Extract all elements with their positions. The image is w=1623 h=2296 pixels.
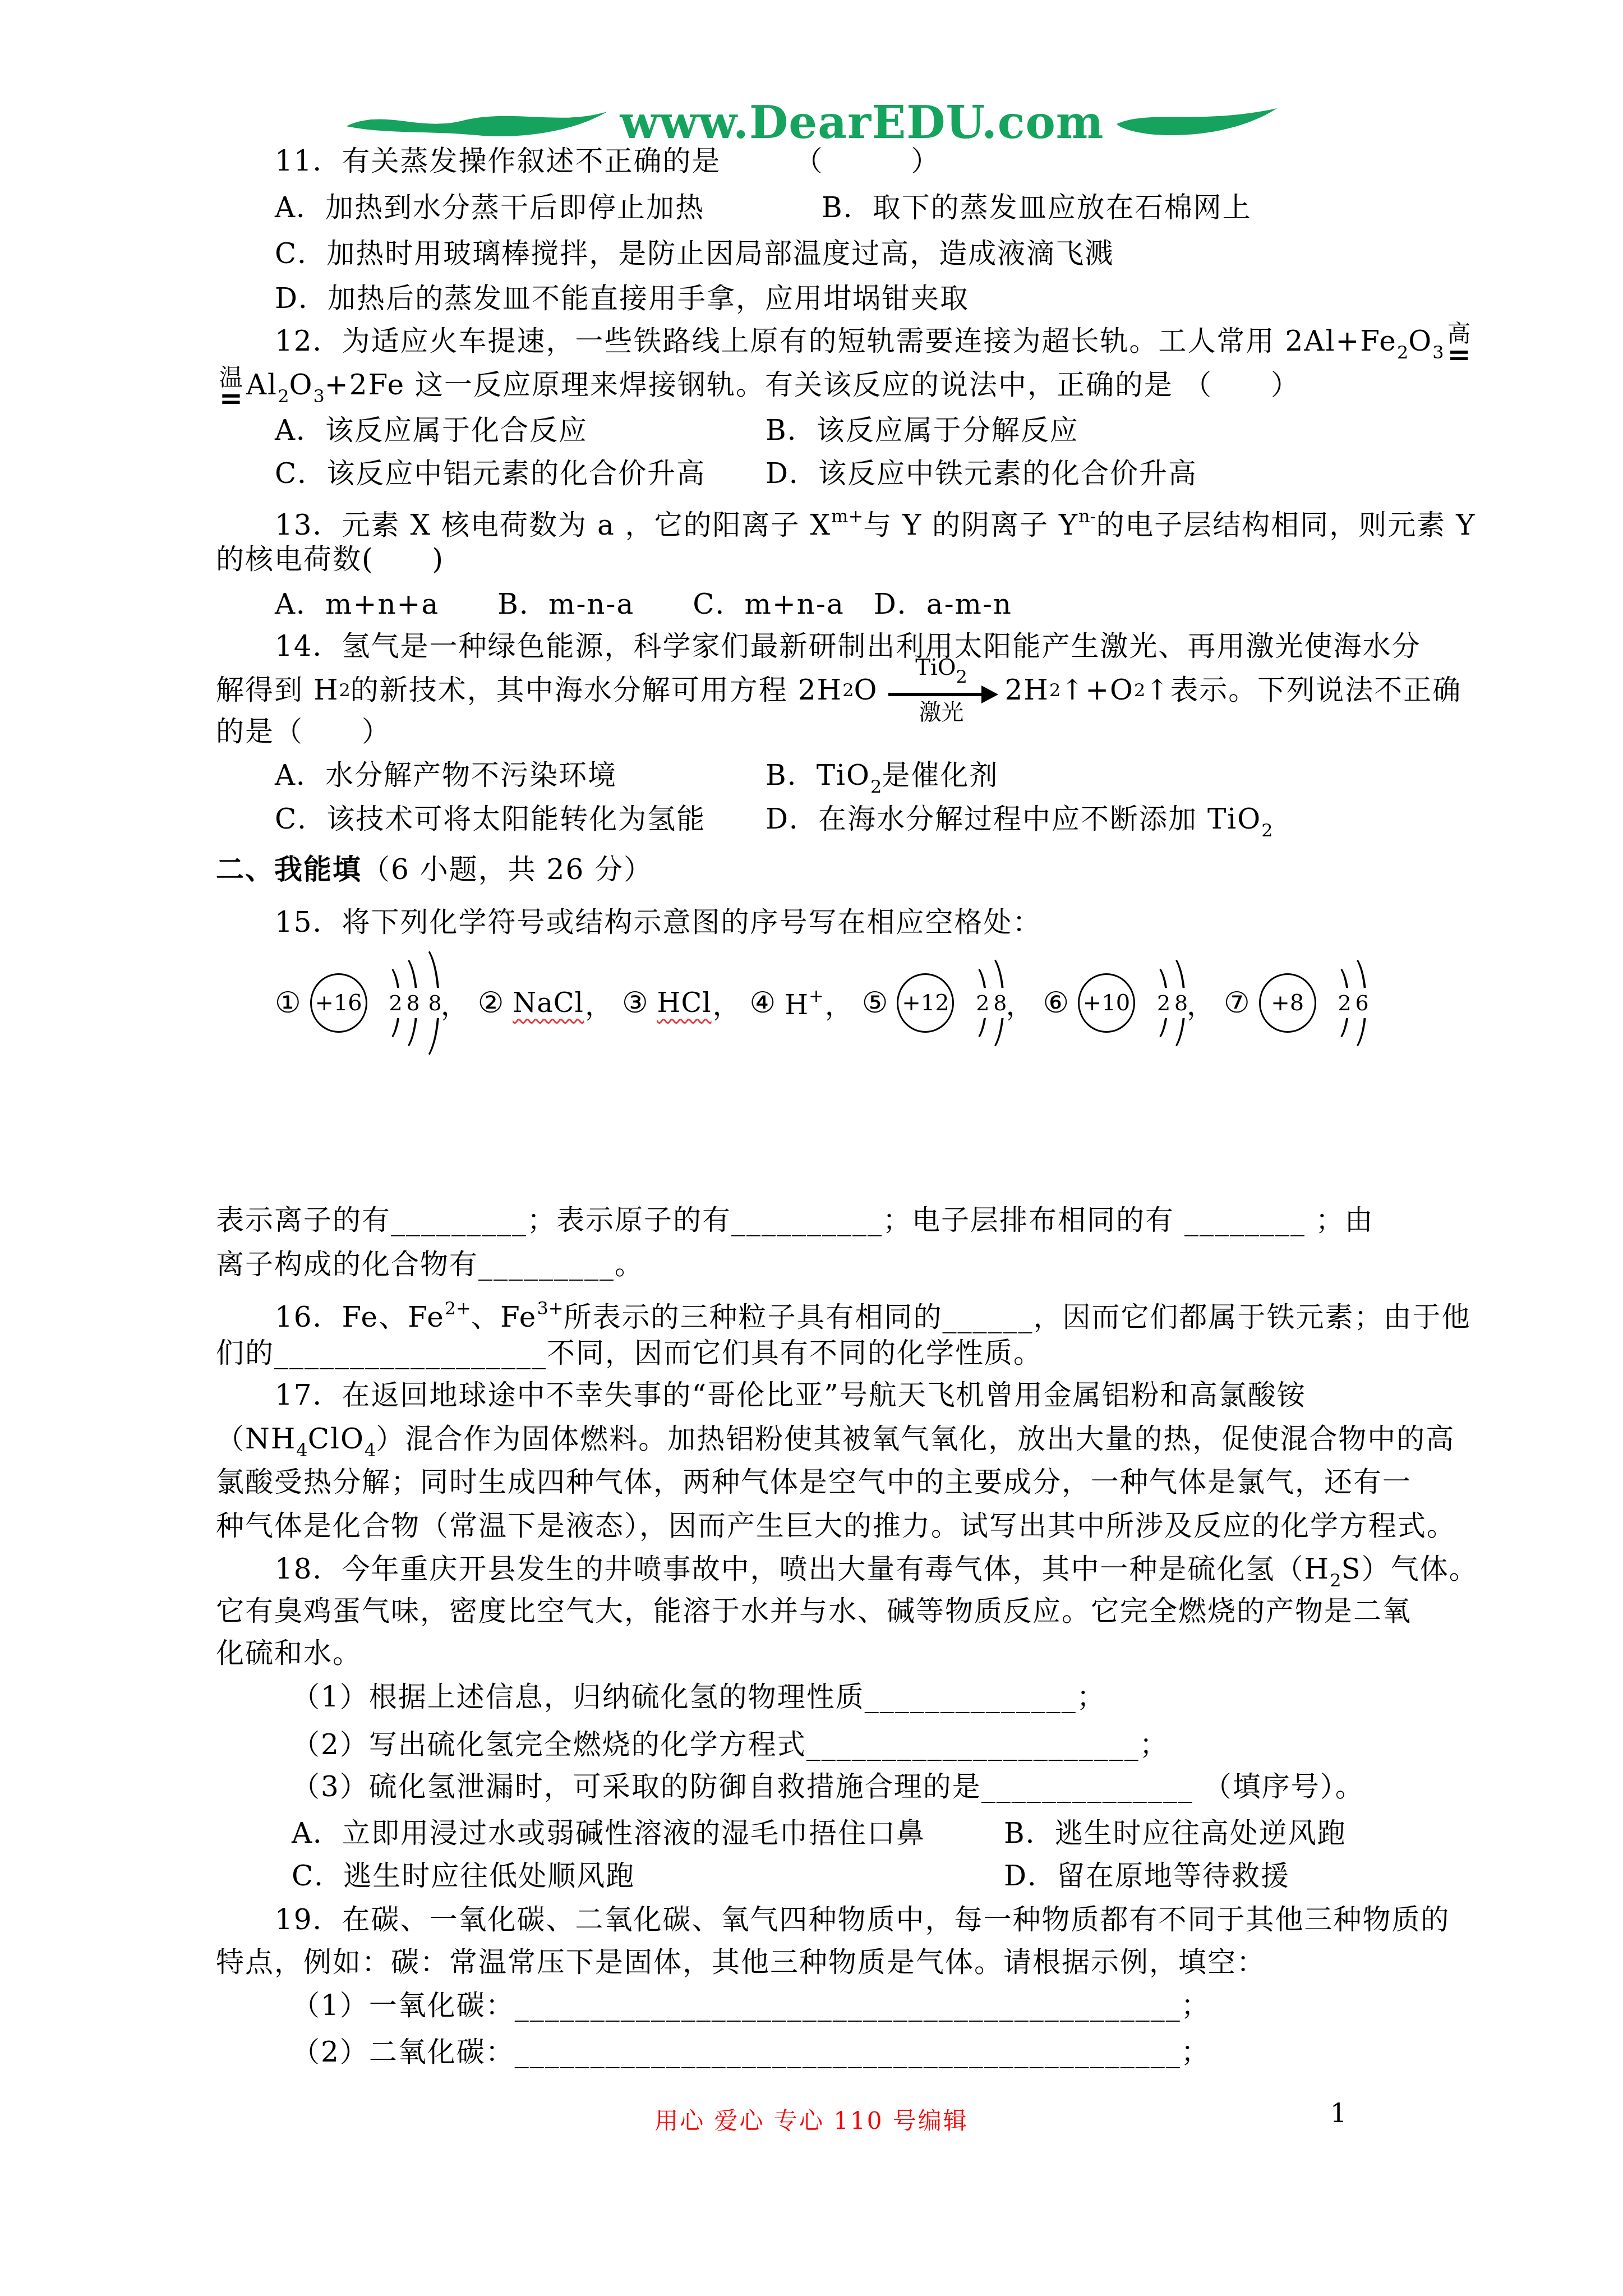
question-14-option-a: A．水分解产物不污染环境 [275,757,766,793]
question-14-text: O [854,672,878,708]
question-18-option-b: B．逃生时应往高处逆风跑 [1004,1817,1347,1849]
question-11-option-b: B．取下的蒸发皿应放在石棉网上 [822,191,1252,224]
question-19-sub-2: （2）二氧化碳：________________________________… [216,2034,1210,2070]
electron-count: 6 [1354,988,1370,1018]
question-17-text: ClO [308,1423,365,1455]
superscript: + [809,985,824,1006]
question-12-options-ab: A．该反应属于化合反应B．该反应属于分解反应 [216,412,1079,448]
chemical-formula: HCl [657,987,712,1019]
question-11-option-c: C．加热时用玻璃棒搅拌，是防止因局部温度过高，造成液滴飞溅 [216,236,1114,272]
section-2-header: 二、我能填（6 小题，共 26 分） [216,852,653,887]
condition-label: 激光 [919,700,964,725]
subscript: 4 [365,1439,376,1461]
subscript: 3 [313,385,324,407]
question-14-text: 解得到 H [216,672,339,708]
question-14-options-cd: C．该技术可将太阳能转化为氢能D．在海水分解过程中应不断添加 TiO2 [216,801,1273,848]
electron-count: 8 [405,988,421,1018]
question-18-sub-3: （3）硫化氢泄漏时，可采取的防御自救措施合理的是______________ （… [216,1769,1364,1805]
subscript: 2 [842,672,854,708]
question-18-text: 18．今年重庆开县发生的井喷事故中，喷出大量有毒气体，其中一种是硫化氢（H [275,1553,1330,1585]
circled-number: ⑦ [1224,986,1250,1020]
logo-text: www.DearEDU.com [620,100,1104,145]
page-number: 1 [1330,2098,1347,2128]
separator: ， [713,983,741,1023]
separator: ， [1006,983,1034,1023]
electron-count: 8 [427,988,442,1018]
separator: ， [1187,983,1215,1023]
question-12-line-1: 12．为适应火车提速，一些铁路线上原有的短轨需要连接为超长轨。工人常用 2Al+… [216,321,1474,370]
question-13-text: 与 Y 的阴离子 Y [863,509,1078,541]
question-12-option-c: C．该反应中铝元素的化合价升高 [275,455,766,491]
subscript: 2 [339,672,351,708]
subscript: 4 [296,1439,307,1461]
question-15-diagrams: ① +16 2 8 8 ， ② NaCl ， ③ HCl ， ④ H+ ， ⑤ [275,944,1377,1062]
section-2-title: 二、我能填 [216,853,362,886]
option-text: D．在海水分解过程中应不断添加 TiO [766,803,1261,835]
question-11-option-a: A．加热到水分蒸干后即停止加热 [275,190,822,226]
reaction-arrow-group: TiO2 激光 [888,655,995,725]
question-15-blanks-line-2: 离子构成的化合物有_________。 [216,1246,644,1282]
circled-number: ① [275,986,301,1020]
question-12-line-2: 温=Al2O3+2Fe 这一反应原理来焊接钢轨。有关该反应的说法中，正确的是 （… [216,365,1300,414]
catalyst-text: TiO [915,655,956,680]
question-17-line-3: 氯酸受热分解；同时生成四种气体，两种气体是空气中的主要成分，一种气体是氯气，还有… [216,1464,1412,1500]
atom-diagram-5: ⑤ +12 2 8 ， [862,944,1040,1062]
circled-number: ⑥ [1043,986,1069,1020]
question-14-line-3: 的是（ ） [216,714,391,749]
question-18-option-c: C．逃生时应往低处顺风跑 [292,1858,1004,1894]
nucleus-charge: +16 [310,973,367,1033]
superscript: 3+ [537,1297,563,1319]
question-17-text: （NH [216,1423,296,1455]
question-18-line-1: 18．今年重庆开县发生的井喷事故中，喷出大量有毒气体，其中一种是硫化氢（H2S）… [216,1551,1478,1598]
nucleus-charge: +8 [1259,973,1316,1033]
reaction-arrow-icon [888,693,995,696]
equals-bar: = [219,390,243,406]
atom-diagram-1: ① +16 2 8 8 ， [275,944,474,1062]
question-18-text: S）气体。 [1341,1553,1478,1585]
catalyst-label: TiO2 [915,655,967,689]
question-14-option-d: D．在海水分解过程中应不断添加 TiO2 [766,803,1273,835]
chemical-formula: NaCl [513,987,584,1019]
formula-item-3: ③ HCl ， [622,983,746,1023]
question-17-line-2: （NH4ClO4）混合作为固体燃料。加热铝粉使其被氧气氧化，放出大量的热，促使混… [216,1421,1455,1468]
question-17-line-4: 种气体是化合物（常温下是液态），因而产生巨大的推力。试写出其中所涉及反应的化学方… [216,1508,1456,1544]
superscript: 2+ [445,1297,471,1319]
circled-number: ③ [622,986,648,1020]
bohr-model-oxygen: +8 2 6 [1259,944,1367,1062]
electron-count: 2 [1337,988,1353,1018]
question-14-equation-line: 解得到 H2 的新技术，其中海水分解可用方程 2H2O TiO2 激光 2H2↑… [216,654,1461,726]
site-logo: www.DearEDU.com [0,100,1623,145]
subscript: 2 [956,666,967,687]
bohr-model-neon: +10 2 8 [1078,944,1186,1062]
question-14-option-b: B．TiO2是催化剂 [766,759,998,792]
question-13-line-1: 13．元素 X 核电荷数为 a ，它的阳离子 Xm+与 Y 的阴离子 Yn-的电… [216,498,1476,543]
superscript: n- [1078,505,1096,527]
question-12-text: 12．为适应火车提速，一些铁路线上原有的短轨需要连接为超长轨。工人常用 2Al+… [275,325,1397,357]
question-14-text: ↑表示。下列说法不正确 [1145,672,1461,708]
question-12-option-b: B．该反应属于分解反应 [766,414,1079,447]
question-12-text: O [1408,325,1432,357]
question-14-options-ab: A．水分解产物不污染环境B．TiO2是催化剂 [216,757,998,804]
reaction-condition-stack: 温= [219,365,243,406]
question-14-option-c: C．该技术可将太阳能转化为氢能 [275,801,766,837]
question-12-text: O [289,369,313,401]
separator: ， [585,983,613,1023]
question-11-stem: 11．有关蒸发操作叙述不正确的是 （ ） [216,143,940,179]
footer-note: 用心 爱心 专心 110 号编辑 [0,2102,1623,2136]
question-19-line-1: 19．在碳、一氧化碳、二氧化碳、氧气四种物质中，每一种物质都有不同于其他三种物质… [216,1902,1450,1938]
subscript: 3 [1432,342,1444,363]
subscript: 2 [278,385,289,407]
subscript: 2 [1397,342,1408,363]
question-18-line-3: 化硫和水。 [216,1635,362,1671]
question-12-options-cd: C．该反应中铝元素的化合价升高D．该反应中铁元素的化合价升高 [216,455,1197,491]
nucleus-charge: +12 [897,973,954,1033]
question-12-option-a: A．该反应属于化合反应 [275,412,766,448]
subscript: 2 [1134,672,1145,708]
question-14-text: 2H [1005,672,1049,708]
electron-count: 2 [1156,988,1172,1018]
question-13-text: 的电子层结构相同，则元素 Y [1096,509,1476,541]
atom-diagram-7: ⑦ +8 2 6 [1224,944,1373,1062]
subscript: 2 [1330,1570,1341,1591]
question-15-stem: 15．将下列化学符号或结构示意图的序号写在相应空格处： [216,904,1042,940]
logo-swoosh-left-icon [345,104,608,141]
question-12-text: Al [246,369,278,401]
question-18-option-d: D．留在原地等待救援 [1004,1860,1290,1892]
logo-swoosh-right-icon [1115,105,1278,140]
bohr-model-magnesium: +12 2 8 [897,944,1004,1062]
question-16-line-1: 16．Fe、Fe2+、Fe3+所表示的三种粒子具有相同的______，因而它们都… [216,1290,1471,1335]
section-2-points: （6 小题，共 26 分） [362,853,653,886]
option-text: B．TiO [766,759,870,792]
question-17-line-1: 17．在返回地球途中不幸失事的“哥伦比亚”号航天飞机曾用金属铝粉和高氯酸铵 [216,1377,1306,1413]
question-13-options: A．m+n+a B．m-n-a C．m+n-a D．a-m-n [216,586,1012,622]
question-12-option-d: D．该反应中铁元素的化合价升高 [766,457,1197,490]
question-18-option-a: A．立即用浸过水或弱碱性溶液的湿毛巾捂住口鼻 [292,1815,1004,1851]
question-16-text: 所表示的三种粒子具有相同的______，因而它们都属于铁元素；由于他 [564,1301,1471,1333]
question-18-options-cd: C．逃生时应往低处顺风跑D．留在原地等待救援 [216,1858,1290,1894]
superscript: m+ [831,505,863,527]
question-19-sub-1: （1）一氧化碳：________________________________… [216,1987,1210,2023]
nucleus-charge: +10 [1078,973,1135,1033]
option-text: 是催化剂 [882,759,998,792]
electron-count: 8 [992,988,1008,1018]
equals-bar: = [1447,347,1471,362]
chemical-formula: H+ [785,985,824,1021]
circled-number: ② [478,986,504,1020]
bohr-model-sulfur: +16 2 8 8 [310,944,440,1062]
electron-count: 8 [1173,988,1189,1018]
question-16-line-2: 们的__________________不同，因而它们具有不同的化学性质。 [216,1335,1043,1371]
question-14-text: ↑+O [1061,672,1134,708]
subscript: 2 [1049,672,1061,708]
question-15-blanks-line-1: 表示离子的有_________；表示原子的有__________；电子层排布相同… [216,1202,1374,1238]
question-16-text: 16．Fe、Fe [275,1301,445,1333]
question-12-text: +2Fe 这一反应原理来焊接钢轨。有关该反应的说法中，正确的是 （ ） [325,369,1300,401]
separator: ， [441,983,469,1023]
formula-item-2: ② NaCl ， [478,983,619,1023]
circled-number: ④ [750,986,776,1020]
formula-text: H [785,990,809,1021]
question-18-sub-1: （1）根据上述信息，归纳硫化氢的物理性质______________； [216,1679,1106,1715]
question-19-line-2: 特点，例如：碳：常温常压下是固体，其他三种物质是气体。请根据示例，填空： [216,1944,1266,1980]
question-13-line-2: 的核电荷数( ) [216,541,444,577]
question-13-text: 13．元素 X 核电荷数为 a ，它的阳离子 X [275,509,831,541]
formula-item-4: ④ H+ ， [750,983,859,1023]
question-11-options-ab: A．加热到水分蒸干后即停止加热B．取下的蒸发皿应放在石棉网上 [216,190,1252,226]
circled-number: ⑤ [862,986,888,1020]
reaction-condition-stack: 高= [1447,321,1471,362]
question-18-sub-2: （2）写出硫化氢完全燃烧的化学方程式______________________… [216,1727,1169,1763]
question-18-options-ab: A．立即用浸过水或弱碱性溶液的湿毛巾捂住口鼻B．逃生时应往高处逆风跑 [216,1815,1347,1851]
separator: ， [825,983,853,1023]
subscript: 2 [1261,820,1272,841]
question-16-text: 、Fe [471,1301,537,1333]
electron-count: 2 [388,988,403,1018]
question-11-option-d: D．加热后的蒸发皿不能直接用手拿，应用坩埚钳夹取 [216,280,969,316]
atom-diagram-6: ⑥ +10 2 8 ， [1043,944,1220,1062]
electron-count: 2 [975,988,990,1018]
subscript: 2 [870,776,882,797]
question-17-text: ）混合作为固体燃料。加热铝粉使其被氧气氧化，放出大量的热，促使混合物中的高 [376,1423,1455,1455]
question-14-text: 的新技术，其中海水分解可用方程 2H [351,672,842,708]
question-18-line-2: 它有臭鸡蛋气味，密度比空气大，能溶于水并与水、碱等物质反应。它完全燃烧的产物是二… [216,1593,1412,1629]
exam-page: www.DearEDU.com 11．有关蒸发操作叙述不正确的是 （ ） A．加… [0,0,1623,2296]
